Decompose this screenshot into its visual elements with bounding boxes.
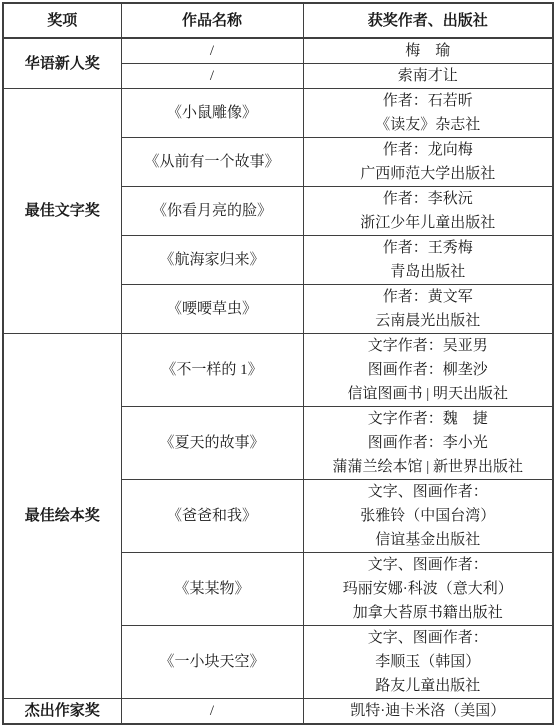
author-publisher-line: 青岛出版社: [306, 260, 551, 284]
work-title-cell: 《喓喓草虫》: [121, 285, 303, 334]
author-publisher-line: 梅 瑜: [306, 39, 551, 63]
work-title-cell: 《从前有一个故事》: [121, 138, 303, 187]
author-publisher-line: 作者：石若昕: [306, 89, 551, 113]
table-row: 华语新人奖/梅 瑜: [3, 38, 553, 64]
work-title-cell: 《一小块天空》: [121, 626, 303, 699]
author-publisher-cell: 作者：王秀梅青岛出版社: [303, 236, 553, 285]
author-publisher-cell: 文字、图画作者：张雅铃（中国台湾）信谊基金出版社: [303, 480, 553, 553]
work-title-cell: /: [121, 699, 303, 725]
awards-table: 奖项 作品名称 获奖作者、出版社 华语新人奖/梅 瑜/索南才让最佳文字奖《小鼠雕…: [2, 2, 554, 725]
table-row: 最佳文字奖《小鼠雕像》作者：石若昕《读友》杂志社: [3, 89, 553, 138]
author-publisher-cell: 作者：黄文军云南晨光出版社: [303, 285, 553, 334]
work-title-cell: 《不一样的 1》: [121, 334, 303, 407]
author-publisher-line: 索南才让: [306, 64, 551, 88]
table-row: 最佳绘本奖《不一样的 1》文字作者：吴亚男图画作者：柳垄沙信谊图画书 | 明天出…: [3, 334, 553, 407]
author-publisher-line: 蒲蒲兰绘本馆 | 新世界出版社: [306, 455, 551, 479]
work-title-cell: 《航海家归来》: [121, 236, 303, 285]
award-name-cell: 华语新人奖: [3, 38, 121, 89]
author-publisher-line: 路友儿童出版社: [306, 674, 551, 698]
author-publisher-line: 张雅铃（中国台湾）: [306, 504, 551, 528]
author-publisher-line: 玛丽安娜·科波（意大利）: [306, 577, 551, 601]
author-publisher-cell: 梅 瑜: [303, 38, 553, 64]
author-publisher-line: 凯特·迪卡米洛（美国）: [306, 699, 551, 723]
author-publisher-line: 文字、图画作者：: [306, 553, 551, 577]
author-publisher-cell: 作者：石若昕《读友》杂志社: [303, 89, 553, 138]
author-publisher-line: 文字、图画作者：: [306, 480, 551, 504]
author-publisher-line: 文字、图画作者：: [306, 626, 551, 650]
author-publisher-line: 作者：龙向梅: [306, 138, 551, 162]
author-publisher-line: 作者：黄文军: [306, 285, 551, 309]
author-publisher-line: 图画作者：柳垄沙: [306, 358, 551, 382]
author-publisher-line: 广西师范大学出版社: [306, 162, 551, 186]
work-title-cell: 《某某物》: [121, 553, 303, 626]
award-name-cell: 杰出作家奖: [3, 699, 121, 725]
table-body: 华语新人奖/梅 瑜/索南才让最佳文字奖《小鼠雕像》作者：石若昕《读友》杂志社《从…: [3, 38, 553, 724]
col-header-work-title: 作品名称: [121, 3, 303, 38]
author-publisher-line: 李顺玉（韩国）: [306, 650, 551, 674]
author-publisher-line: 云南晨光出版社: [306, 309, 551, 333]
work-title-cell: /: [121, 64, 303, 89]
author-publisher-cell: 作者：龙向梅广西师范大学出版社: [303, 138, 553, 187]
author-publisher-cell: 文字、图画作者：玛丽安娜·科波（意大利）加拿大苔原书籍出版社: [303, 553, 553, 626]
author-publisher-cell: 索南才让: [303, 64, 553, 89]
work-title-cell: 《爸爸和我》: [121, 480, 303, 553]
author-publisher-line: 加拿大苔原书籍出版社: [306, 601, 551, 625]
work-title-cell: 《夏天的故事》: [121, 407, 303, 480]
table-header-row: 奖项 作品名称 获奖作者、出版社: [3, 3, 553, 38]
work-title-cell: 《小鼠雕像》: [121, 89, 303, 138]
author-publisher-line: 信谊基金出版社: [306, 528, 551, 552]
work-title-cell: /: [121, 38, 303, 64]
author-publisher-cell: 文字作者：魏 捷图画作者：李小光蒲蒲兰绘本馆 | 新世界出版社: [303, 407, 553, 480]
author-publisher-line: 作者：李秋沅: [306, 187, 551, 211]
author-publisher-cell: 作者：李秋沅浙江少年儿童出版社: [303, 187, 553, 236]
header-row: 奖项 作品名称 获奖作者、出版社: [3, 3, 553, 38]
author-publisher-cell: 凯特·迪卡米洛（美国）: [303, 699, 553, 725]
author-publisher-line: 《读友》杂志社: [306, 113, 551, 137]
author-publisher-line: 文字作者：魏 捷: [306, 407, 551, 431]
col-header-author-publisher: 获奖作者、出版社: [303, 3, 553, 38]
author-publisher-cell: 文字、图画作者：李顺玉（韩国）路友儿童出版社: [303, 626, 553, 699]
col-header-award: 奖项: [3, 3, 121, 38]
work-title-cell: 《你看月亮的脸》: [121, 187, 303, 236]
author-publisher-line: 作者：王秀梅: [306, 236, 551, 260]
table-row: 杰出作家奖/凯特·迪卡米洛（美国）: [3, 699, 553, 725]
author-publisher-line: 信谊图画书 | 明天出版社: [306, 382, 551, 406]
author-publisher-cell: 文字作者：吴亚男图画作者：柳垄沙信谊图画书 | 明天出版社: [303, 334, 553, 407]
award-name-cell: 最佳文字奖: [3, 89, 121, 334]
document-page: 奖项 作品名称 获奖作者、出版社 华语新人奖/梅 瑜/索南才让最佳文字奖《小鼠雕…: [0, 0, 554, 728]
author-publisher-line: 文字作者：吴亚男: [306, 334, 551, 358]
author-publisher-line: 图画作者：李小光: [306, 431, 551, 455]
author-publisher-line: 浙江少年儿童出版社: [306, 211, 551, 235]
award-name-cell: 最佳绘本奖: [3, 334, 121, 699]
